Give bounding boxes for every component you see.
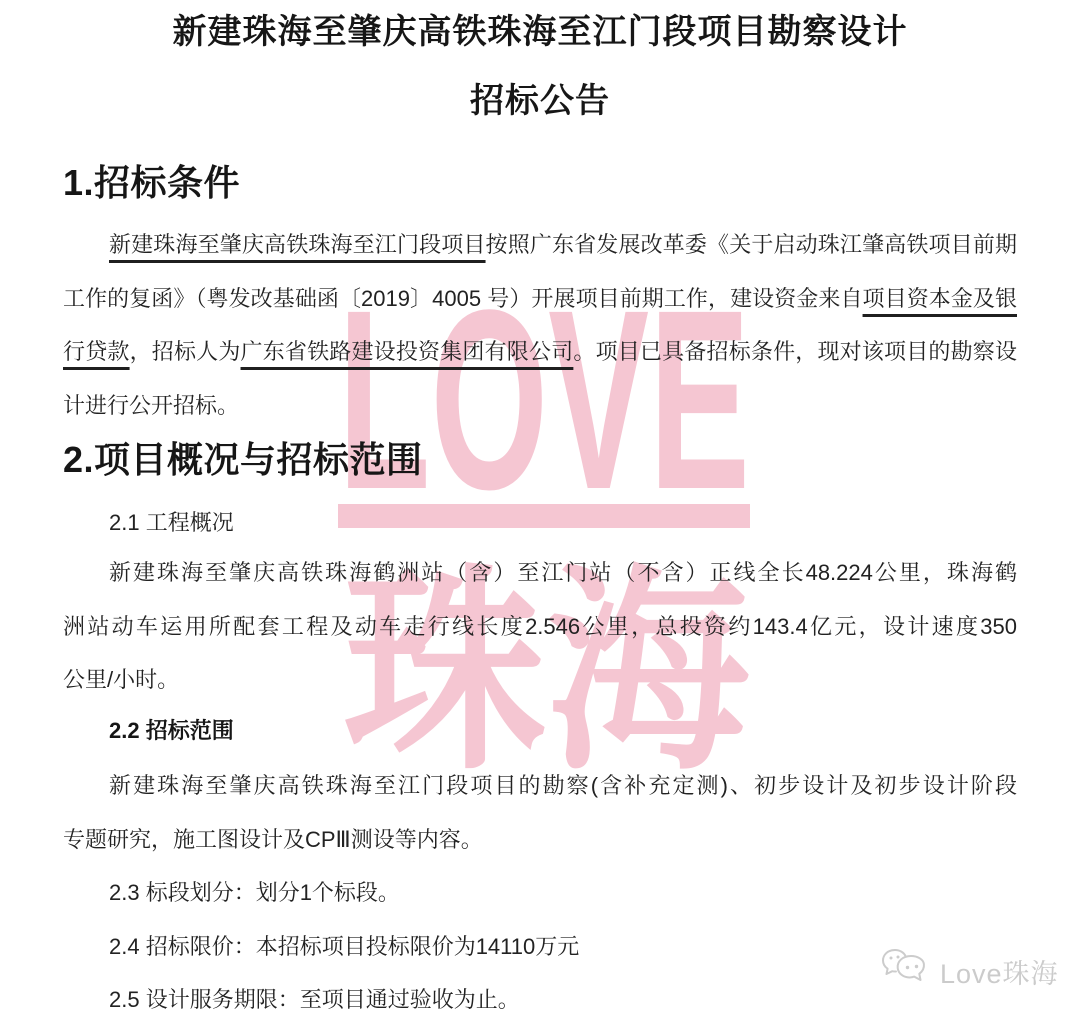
underlined-text-segment: 项目资本金及银 (863, 286, 1017, 311)
document-subtitle: 招标公告 (63, 77, 1017, 125)
document-title: 新建珠海至肇庆高铁珠海至江门段项目勘察设计 (63, 8, 1017, 56)
paragraph-line: 新建珠海至肇庆高铁珠海鹤洲站（含）至江门站（不含）正线全长48.224公里，珠海… (63, 546, 1017, 600)
account-watermark-badge: Love珠海 (880, 943, 1059, 1000)
section-2-heading: 2.项目概况与招标范围 (63, 435, 1017, 485)
text-segment: 新建珠海至肇庆高铁珠海至江门段项目的勘察(含补充定测)、初步设计及初步设计阶段 (109, 773, 1017, 798)
subsection-2-1-paragraph: 新建珠海至肇庆高铁珠海鹤洲站（含）至江门站（不含）正线全长48.224公里，珠海… (63, 546, 1017, 707)
text-segment: 公里/小时。 (63, 667, 179, 692)
paragraph-line: 专题研究，施工图设计及CPⅢ测设等内容。 (63, 813, 1017, 867)
paragraph-line: 洲站动车运用所配套工程及动车走行线长度2.546公里，总投资约143.4亿元，设… (63, 600, 1017, 654)
chat-bubbles-icon (880, 943, 932, 1000)
subsection-2-2-heading: 2.2 招标范围 (63, 704, 1063, 758)
subsection-2-3-item: 2.3 标段划分：划分1个标段。 (63, 866, 1063, 920)
account-watermark-label: Love珠海 (940, 952, 1059, 991)
underlined-text-segment: 行贷款 (63, 339, 130, 364)
text-segment: 计进行公开招标。 (63, 393, 239, 418)
text-segment: 工作的复函》（粤发改基础函〔2019〕4005 号）开展项目前期工作，建设资金来… (63, 286, 863, 311)
text-segment: 洲站动车运用所配套工程及动车走行线长度2.546公里，总投资约143.4亿元，设… (63, 614, 1017, 639)
text-segment: 专题研究，施工图设计及CPⅢ测设等内容。 (63, 827, 483, 852)
paragraph-line: 新建珠海至肇庆高铁珠海至江门段项目的勘察(含补充定测)、初步设计及初步设计阶段 (63, 759, 1017, 813)
underlined-text-segment: 广东省铁路建设投资集团有限公司 (241, 339, 574, 364)
section-1-paragraph: 新建珠海至肇庆高铁珠海至江门段项目按照广东省发展改革委《关于启动珠江肇高铁项目前… (63, 218, 1017, 432)
underlined-text-segment: 新建珠海至肇庆高铁珠海至江门段项目 (109, 232, 486, 257)
paragraph-line: 行贷款，招标人为广东省铁路建设投资集团有限公司。项目已具备招标条件，现对该项目的… (63, 325, 1017, 379)
subsection-2-2-paragraph: 新建珠海至肇庆高铁珠海至江门段项目的勘察(含补充定测)、初步设计及初步设计阶段专… (63, 759, 1017, 866)
text-segment: 。项目已具备招标条件，现对该项目的勘察设 (573, 339, 1017, 364)
paragraph-line: 公里/小时。 (63, 653, 1017, 707)
subsection-2-1-heading: 2.1 工程概况 (63, 496, 1063, 550)
section-1-heading: 1.招标条件 (63, 158, 1017, 208)
text-segment: 按照广东省发展改革委《关于启动珠江肇高铁项目前期 (486, 232, 1017, 257)
paragraph-line: 工作的复函》（粤发改基础函〔2019〕4005 号）开展项目前期工作，建设资金来… (63, 272, 1017, 326)
text-segment: ，招标人为 (130, 339, 241, 364)
paragraph-line: 计进行公开招标。 (63, 379, 1017, 433)
paragraph-line: 新建珠海至肇庆高铁珠海至江门段项目按照广东省发展改革委《关于启动珠江肇高铁项目前… (63, 218, 1017, 272)
document-body: 新建珠海至肇庆高铁珠海至江门段项目勘察设计 招标公告 1.招标条件 新建珠海至肇… (0, 0, 1080, 1021)
text-segment: 新建珠海至肇庆高铁珠海鹤洲站（含）至江门站（不含）正线全长48.224公里，珠海… (109, 560, 1017, 585)
